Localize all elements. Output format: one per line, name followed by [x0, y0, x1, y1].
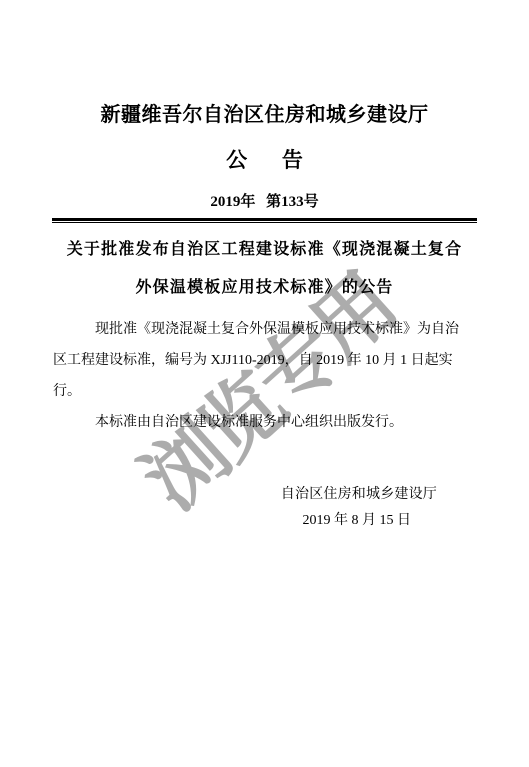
announcement-title: 关于批准发布自治区工程建设标准《现浇混凝土复合 外保温模板应用技术标准》的公告: [0, 231, 529, 307]
document-content: 新疆维吾尔自治区住房和城乡建设厅 公 告 2019年 第133号 关于批准发布自…: [0, 0, 529, 767]
document-page: 浏览专用 新疆维吾尔自治区住房和城乡建设厅 公 告 2019年 第133号 关于…: [0, 0, 529, 767]
paragraph-1-line-2: 区工程建设标准，编号为 XJJ110-2019，自 2019 年 10 月 1 …: [53, 345, 467, 376]
divider-thin-line: [52, 222, 477, 223]
paragraph-2: 本标准由自治区建设标准服务中心组织出版发行。: [53, 407, 467, 438]
department-title: 新疆维吾尔自治区住房和城乡建设厅: [0, 100, 529, 130]
announcement-title-line-1: 关于批准发布自治区工程建设标准《现浇混凝土复合: [0, 231, 529, 269]
announcement-title-line-2: 外保温模板应用技术标准》的公告: [0, 269, 529, 307]
issue-number: 2019年 第133号: [0, 192, 529, 212]
paragraph-1-line-3: 行。: [53, 376, 467, 407]
issue-date: 2019 年 8 月 15 日: [0, 510, 529, 532]
announcement-body: 现批准《现浇混凝土复合外保温模板应用技术标准》为自治 区工程建设标准，编号为 X…: [53, 314, 467, 438]
divider-thick-line: [52, 218, 477, 221]
issuing-authority-signature: 自治区住房和城乡建设厅: [0, 484, 529, 506]
header-divider-rule: [52, 218, 477, 223]
notice-type-heading: 公 告: [0, 146, 529, 176]
paragraph-1-line-1: 现批准《现浇混凝土复合外保温模板应用技术标准》为自治: [53, 314, 467, 345]
